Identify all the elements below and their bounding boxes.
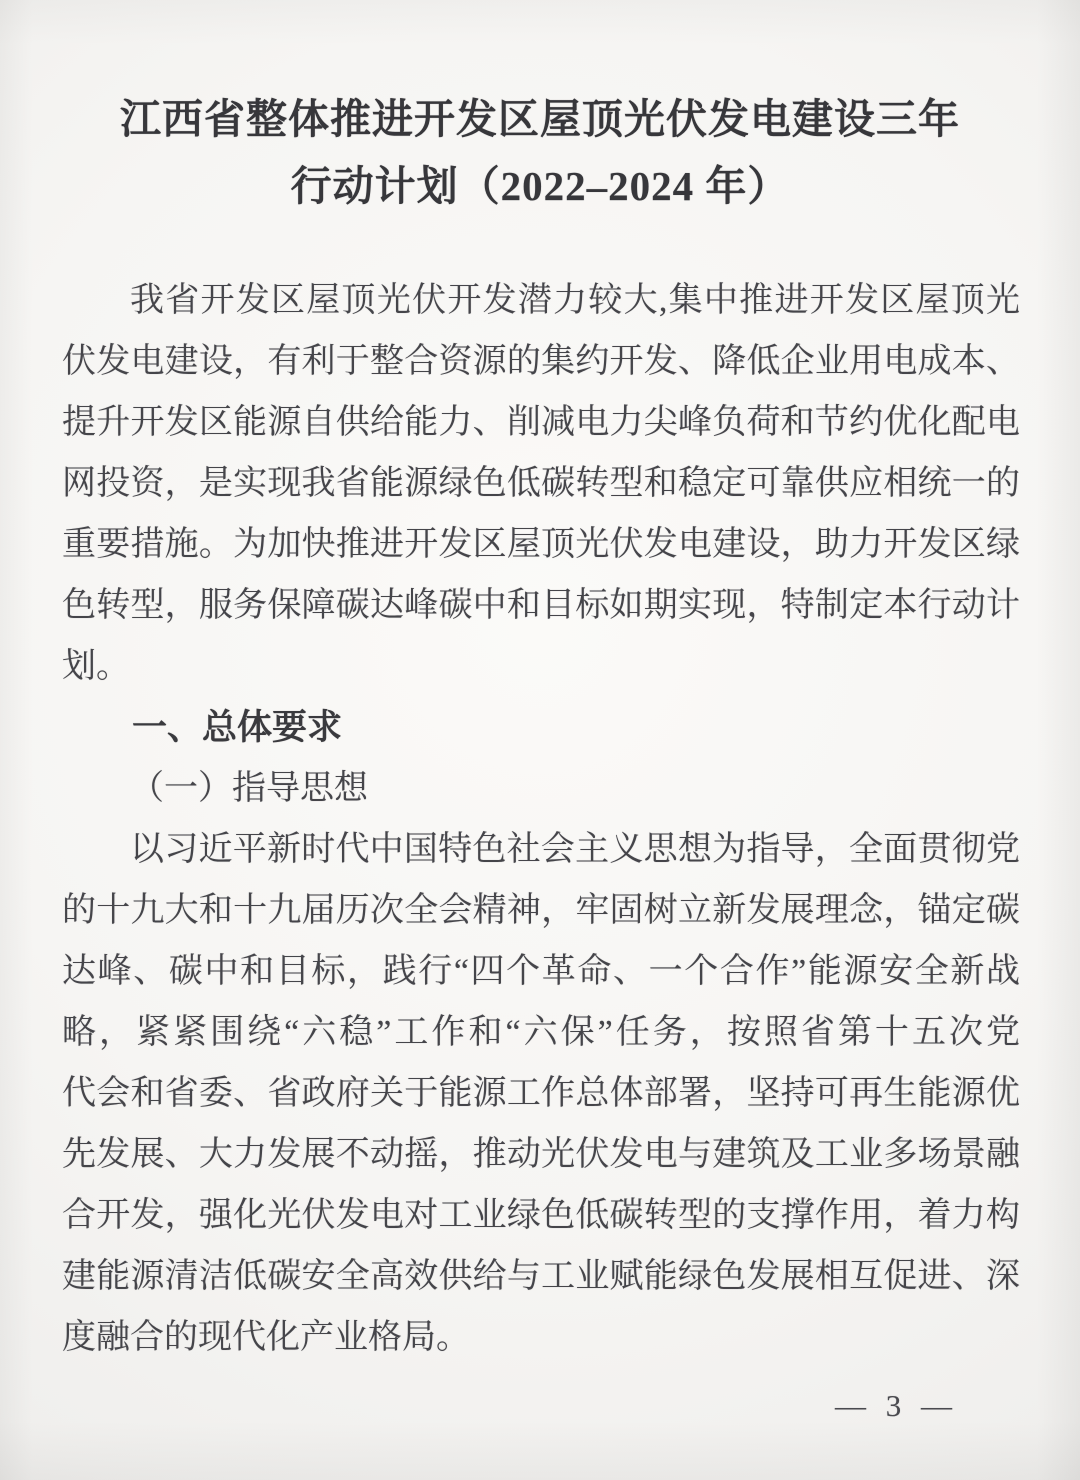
section-paragraph-line: 的十九大和十九届历次全会精神，牢固树立新发展理念，锚定碳 — [62, 880, 1020, 941]
title-line-2: 行动计划（2022–2024 年） — [70, 153, 1010, 220]
intro-paragraph-line: 色转型，服务保障碳达峰碳中和目标如期实现，特制定本行动计 — [62, 575, 1020, 636]
section-paragraph-line: 以习近平新时代中国特色社会主义思想为指导，全面贯彻党 — [62, 819, 1020, 880]
section-paragraph-line: 建能源清洁低碳安全高效供给与工业赋能绿色发展相互促进、深 — [62, 1246, 1020, 1307]
intro-paragraph-line: 提升开发区能源自供给能力、削减电力尖峰负荷和节约优化配电 — [62, 392, 1020, 453]
section-paragraph-line: 度融合的现代化产业格局。 — [62, 1307, 1020, 1368]
document-title: 江西省整体推进开发区屋顶光伏发电建设三年 行动计划（2022–2024 年） — [0, 0, 1080, 220]
document-body: 我省开发区屋顶光伏开发潜力较大,集中推进开发区屋顶光 伏发电建设，有利于整合资源… — [62, 270, 1020, 1368]
intro-paragraph-line: 重要措施。为加快推进开发区屋顶光伏发电建设，助力开发区绿 — [62, 514, 1020, 575]
section-paragraph-line: 代会和省委、省政府关于能源工作总体部署，坚持可再生能源优 — [62, 1063, 1020, 1124]
intro-paragraph-line: 网投资，是实现我省能源绿色低碳转型和稳定可靠供应相统一的 — [62, 453, 1020, 514]
section-paragraph-line: 略，紧紧围绕“六稳”工作和“六保”任务，按照省第十五次党 — [62, 1002, 1020, 1063]
section-paragraph-line: 合开发，强化光伏发电对工业绿色低碳转型的支撑作用，着力构 — [62, 1185, 1020, 1246]
intro-paragraph-line: 伏发电建设，有利于整合资源的集约开发、降低企业用电成本、 — [62, 331, 1020, 392]
page-number: — 3 — — [835, 1388, 958, 1424]
section-heading: 一、总体要求 — [62, 697, 1020, 758]
intro-paragraph-line: 划。 — [62, 636, 1020, 697]
intro-paragraph-line: 我省开发区屋顶光伏开发潜力较大,集中推进开发区屋顶光 — [62, 270, 1020, 331]
title-line-1: 江西省整体推进开发区屋顶光伏发电建设三年 — [70, 86, 1010, 153]
section-paragraph-line: 达峰、碳中和目标，践行“四个革命、一个合作”能源安全新战 — [62, 941, 1020, 1002]
document-page: 江西省整体推进开发区屋顶光伏发电建设三年 行动计划（2022–2024 年） 我… — [0, 0, 1080, 1480]
section-paragraph-line: 先发展、大力发展不动摇，推动光伏发电与建筑及工业多场景融 — [62, 1124, 1020, 1185]
section-sub-heading: （一）指导思想 — [62, 758, 1020, 819]
